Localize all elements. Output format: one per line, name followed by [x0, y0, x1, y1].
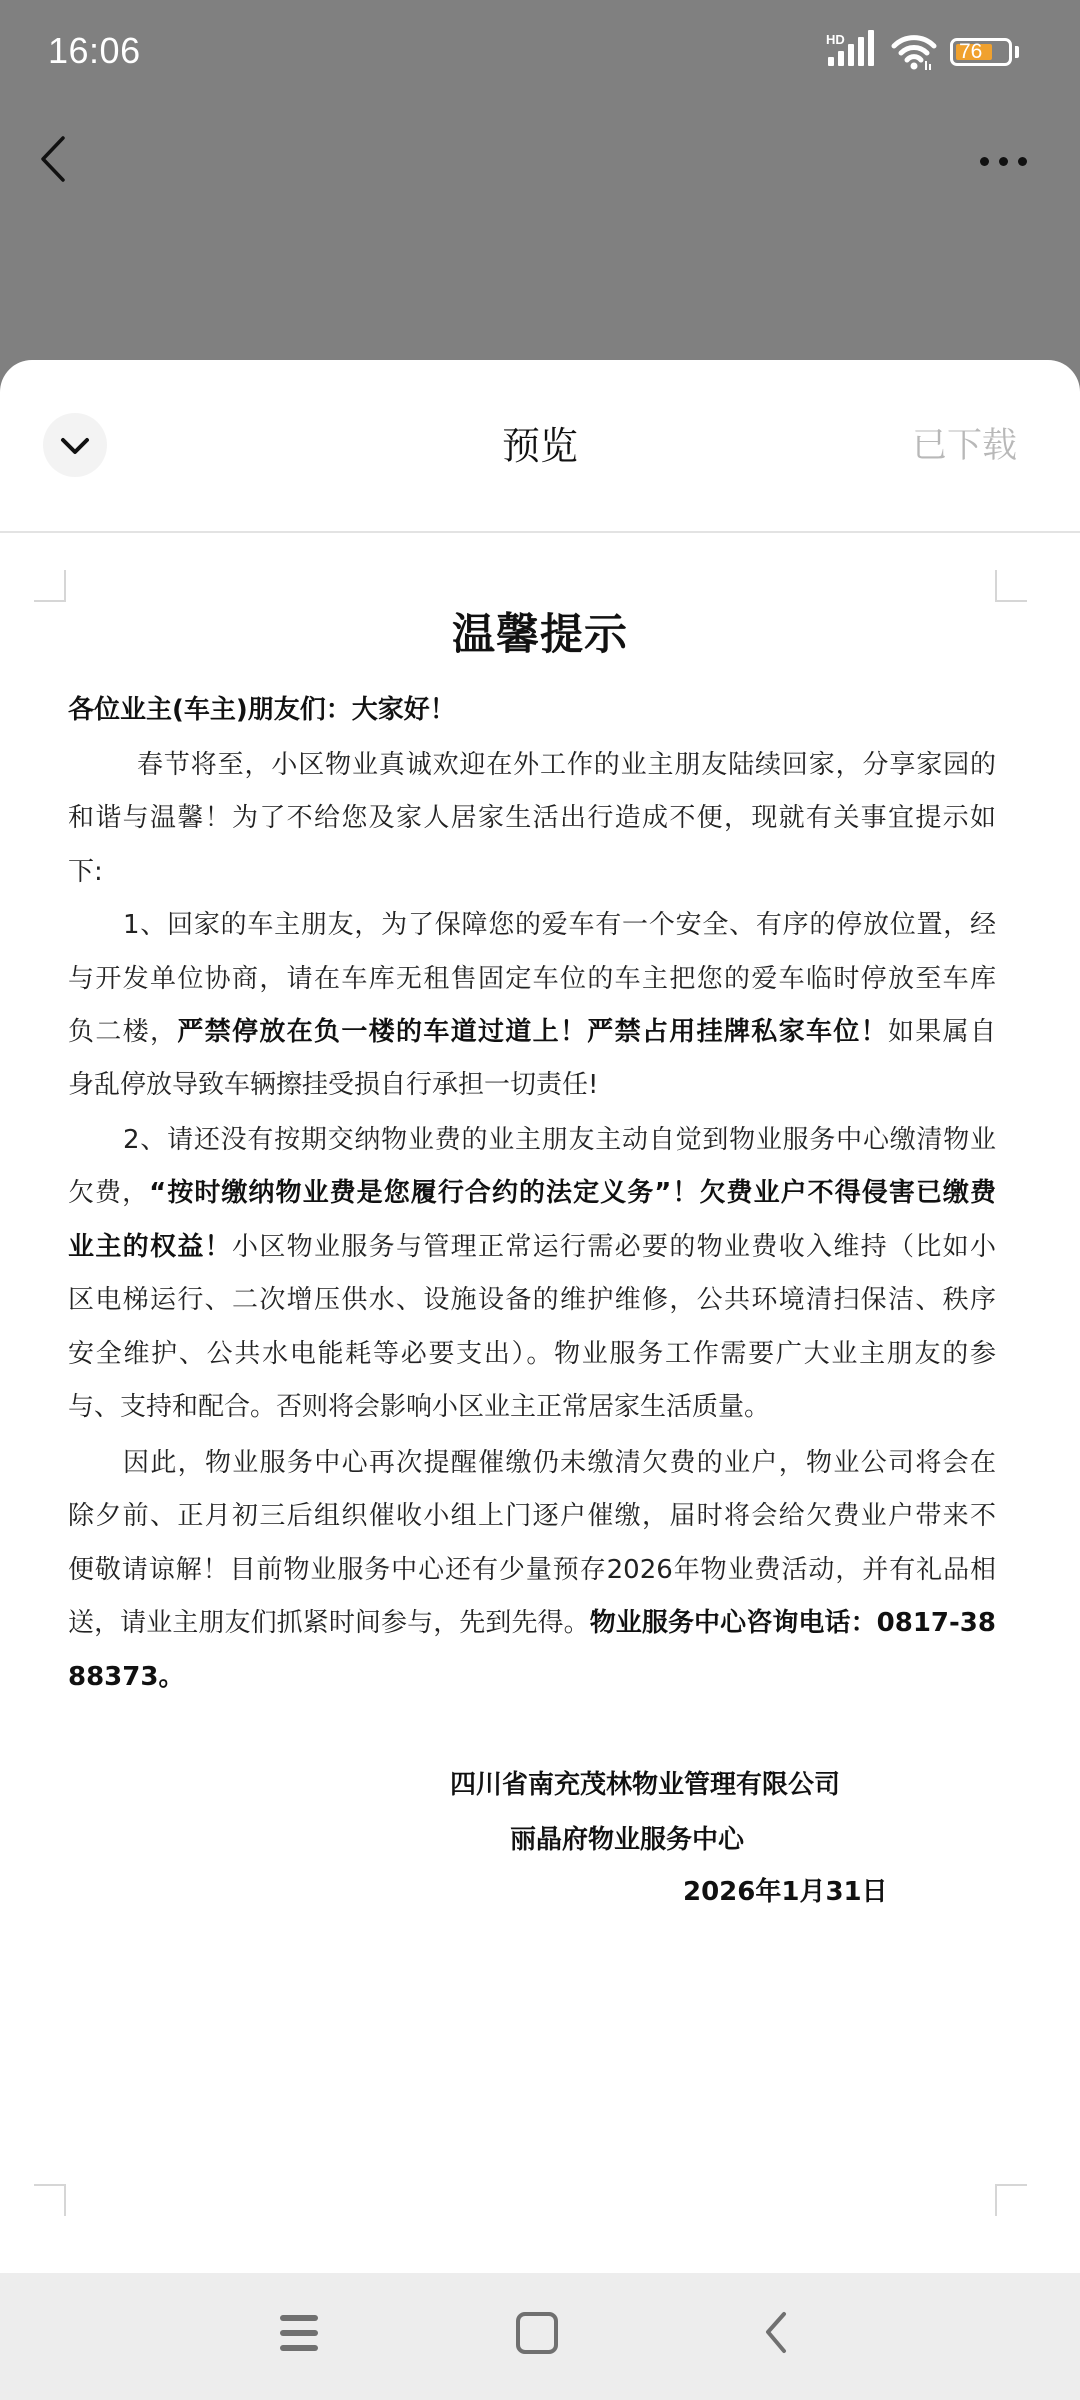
- body-text: 小区物业服务与管理正常运行需必要的物业费收入维持（比如小: [232, 1232, 996, 1262]
- document-line: 2、请还没有按期交纳物业费的业主朋友主动自觉到物业服务中心缴清物业: [123, 1113, 996, 1167]
- status-time: 16:06: [48, 30, 141, 72]
- document-line: 88373。: [68, 1650, 996, 1704]
- body-text: 2、请还没有按期交纳物业费的业主朋友主动自觉到物业服务中心缴清物业: [123, 1125, 996, 1155]
- body-text: 如果属自: [888, 1017, 996, 1047]
- emphasized-text: 业主的权益！: [68, 1232, 232, 1262]
- signature-company: 四川省南充茂林物业管理有限公司: [450, 1758, 840, 1812]
- body-text: 和谐与温馨！为了不给您及家人居家生活出行造成不便，现就有关事宜提示如: [68, 803, 996, 833]
- body-text: 便敬请谅解！目前物业服务中心还有少量预存2026年物业费活动，并有礼品相: [68, 1555, 996, 1585]
- page-corner-mark: [995, 2184, 1027, 2216]
- signature-date: 2026年1月31日: [683, 1865, 888, 1919]
- document-line: 春节将至，小区物业真诚欢迎在外工作的业主朋友陆续回家，分享家园的: [137, 738, 996, 792]
- document-line: 便敬请谅解！目前物业服务中心还有少量预存2026年物业费活动，并有礼品相: [68, 1543, 996, 1597]
- document-line: 业主的权益！小区物业服务与管理正常运行需必要的物业费收入维持（比如小: [68, 1220, 996, 1274]
- document-line: 欠费，“按时缴纳物业费是您履行合约的法定义务”！欠费业户不得侵害已缴费: [68, 1166, 996, 1220]
- document-line: 送，请业主朋友们抓紧时间参与，先到先得。物业服务中心咨询电话：0817-38: [68, 1596, 996, 1650]
- home-icon: [516, 2312, 558, 2354]
- document-line: 除夕前、正月初三后组织催收小组上门逐户催缴，届时将会给欠费业户带来不: [68, 1489, 996, 1543]
- download-status[interactable]: 已下载: [912, 421, 1017, 471]
- document-line: 负二楼，严禁停放在负一楼的车道过道上！严禁占用挂牌私家车位！如果属自: [68, 1005, 996, 1059]
- header-divider: [0, 531, 1080, 533]
- emphasized-text: 物业服务中心咨询电话：0817-38: [590, 1608, 996, 1638]
- document-line: 下:: [68, 845, 996, 899]
- document-line: 区电梯运行、二次增压供水、设施设备的维护维修，公共环境清扫保洁、秩序: [68, 1273, 996, 1327]
- body-text: 1、回家的车主朋友，为了保障您的爱车有一个安全、有序的停放位置，经: [123, 910, 996, 940]
- body-text: 因此，物业服务中心再次提醒催缴仍未缴清欠费的业户，物业公司将会在: [123, 1448, 996, 1478]
- document-greeting: 各位业主(车主)朋友们：大家好！: [68, 683, 456, 737]
- document-line: 1、回家的车主朋友，为了保障您的爱车有一个安全、有序的停放位置，经: [123, 898, 996, 952]
- wifi-icon: [890, 32, 938, 72]
- page-corner-mark: [995, 570, 1027, 602]
- body-text: 送，请业主朋友们抓紧时间参与，先到先得。: [68, 1608, 590, 1638]
- emphasized-text: “按时缴纳物业费是您履行合约的法定义务”！欠费业户不得侵害已缴费: [149, 1178, 996, 1208]
- more-button[interactable]: [970, 146, 1034, 176]
- battery-level: 76: [959, 40, 982, 64]
- document-line: 与、支持和配合。否则将会影响小区业主正常居家生活质量。: [68, 1380, 996, 1434]
- document-title: 温馨提示: [0, 608, 1080, 662]
- body-text: 与、支持和配合。否则将会影响小区业主正常居家生活质量。: [68, 1392, 770, 1422]
- home-button[interactable]: [516, 2312, 558, 2352]
- page-corner-mark: [34, 570, 66, 602]
- menu-button[interactable]: [280, 2313, 320, 2353]
- status-icons: HD 76: [826, 30, 1026, 72]
- back-icon: [752, 2311, 792, 2355]
- body-text: 下:: [68, 857, 103, 887]
- emphasized-text: 88373。: [68, 1662, 184, 1692]
- body-text: 身乱停放导致车辆擦挂受损自行承担一切责任!: [68, 1070, 598, 1100]
- body-text: 区电梯运行、二次增压供水、设施设备的维护维修，公共环境清扫保洁、秩序: [68, 1285, 996, 1315]
- body-text: 除夕前、正月初三后组织催收小组上门逐户催缴，届时将会给欠费业户带来不: [68, 1501, 996, 1531]
- emphasized-text: 严禁停放在负一楼的车道过道上！严禁占用挂牌私家车位！: [177, 1017, 888, 1047]
- document-line: 身乱停放导致车辆擦挂受损自行承担一切责任!: [68, 1058, 996, 1112]
- body-text: 与开发单位协商，请在车库无租售固定车位的车主把您的爱车临时停放至车库: [68, 964, 996, 994]
- chevron-left-icon: [30, 130, 80, 190]
- document-line: 和谐与温馨！为了不给您及家人居家生活出行造成不便，现就有关事宜提示如: [68, 791, 996, 845]
- system-nav-bar: [0, 2273, 1080, 2400]
- body-text: 春节将至，小区物业真诚欢迎在外工作的业主朋友陆续回家，分享家园的: [137, 750, 996, 780]
- network-type-label: HD: [826, 32, 845, 47]
- document-line: 因此，物业服务中心再次提醒催缴仍未缴清欠费的业户，物业公司将会在: [123, 1436, 996, 1490]
- document-line: 安全维护、公共水电能耗等必要支出）。物业服务工作需要广大业主朋友的参: [68, 1327, 996, 1381]
- back-button[interactable]: [30, 130, 80, 190]
- signature-office: 丽晶府物业服务中心: [510, 1813, 744, 1867]
- document-line: 与开发单位协商，请在车库无租售固定车位的车主把您的爱车临时停放至车库: [68, 952, 996, 1006]
- body-text: 负二楼，: [68, 1017, 177, 1047]
- body-text: 安全维护、公共水电能耗等必要支出）。物业服务工作需要广大业主朋友的参: [68, 1339, 996, 1369]
- body-text: 欠费，: [68, 1178, 149, 1208]
- signal-icon: HD: [826, 30, 878, 72]
- nav-back-button[interactable]: [752, 2311, 792, 2355]
- page-corner-mark: [34, 2184, 66, 2216]
